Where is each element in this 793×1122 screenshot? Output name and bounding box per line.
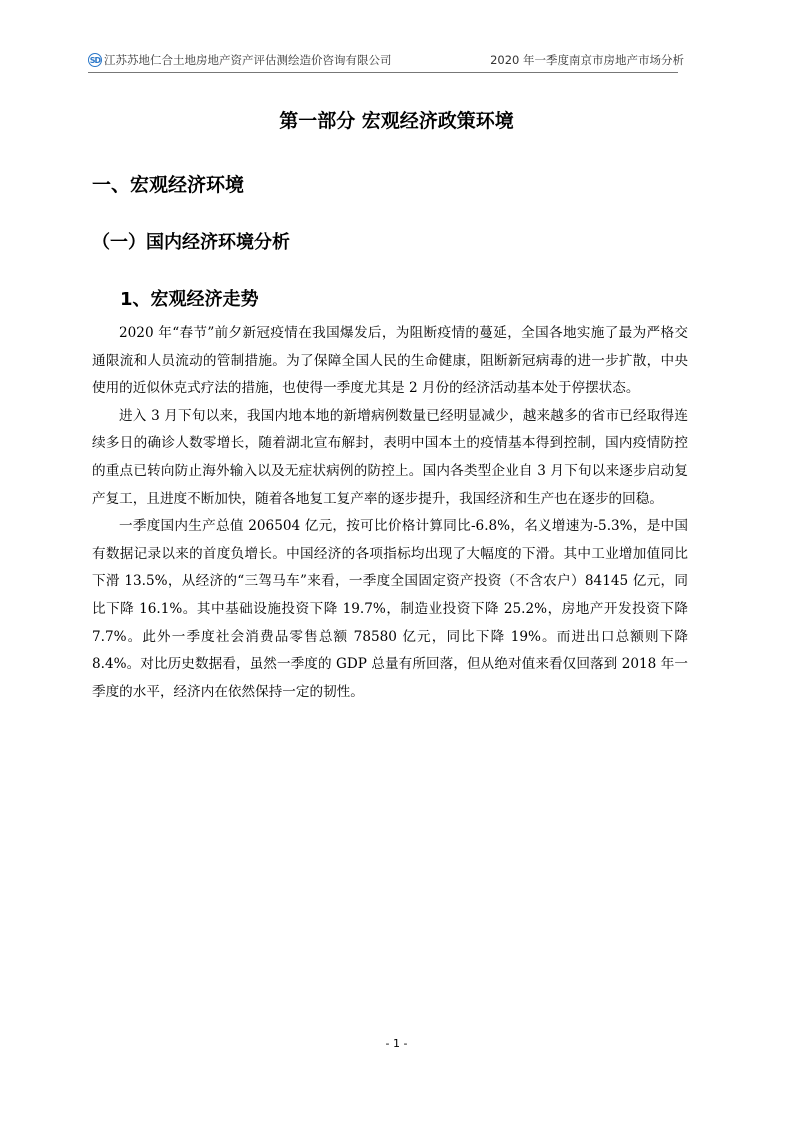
company-logo-icon: SD bbox=[88, 53, 102, 67]
header-divider bbox=[88, 72, 678, 73]
company-name: 江苏苏地仁合土地房地产资产评估测绘造价咨询有限公司 bbox=[104, 52, 392, 68]
body-text: 2020 年“春节”前夕新冠疫情在我国爆发后，为阻断疫情的蔓延，全国各地实施了最… bbox=[92, 320, 688, 706]
page-number: - 1 - bbox=[0, 1037, 793, 1050]
paragraph: 进入 3 月下旬以来，我国内地本地的新增病例数量已经明显减少，越来越多的省市已经… bbox=[92, 403, 688, 513]
paragraph: 一季度国内生产总值 206504 亿元，按可比价格计算同比-6.8%，名义增速为… bbox=[92, 513, 688, 706]
report-title: 2020 年一季度南京市房地产市场分析 bbox=[490, 52, 684, 68]
paragraph: 2020 年“春节”前夕新冠疫情在我国爆发后，为阻断疫情的蔓延，全国各地实施了最… bbox=[92, 320, 688, 403]
part-title: 第一部分 宏观经济政策环境 bbox=[0, 106, 793, 133]
section-heading: 一、宏观经济环境 bbox=[92, 170, 244, 197]
subsection-heading: （一）国内经济环境分析 bbox=[92, 228, 290, 254]
page-header: SD 江苏苏地仁合土地房地产资产评估测绘造价咨询有限公司 2020 年一季度南京… bbox=[88, 50, 720, 72]
header-company: SD 江苏苏地仁合土地房地产资产评估测绘造价咨询有限公司 bbox=[88, 52, 392, 68]
subsubsection-heading: 1、宏观经济走势 bbox=[120, 285, 259, 311]
